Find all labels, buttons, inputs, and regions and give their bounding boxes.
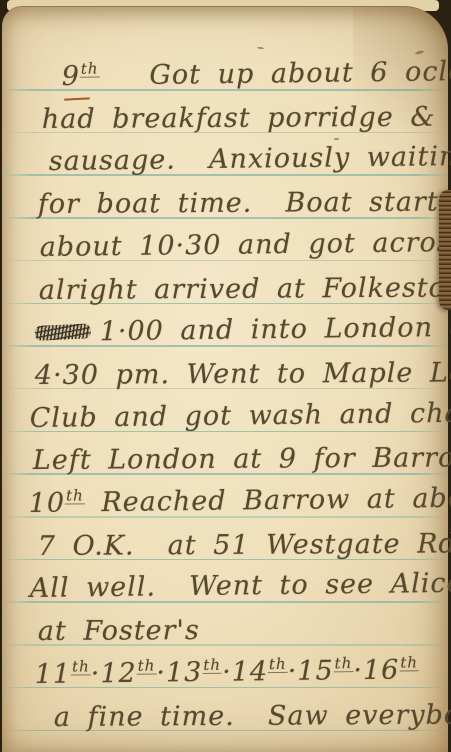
handwriting-line-7: 1·00 and into London about bbox=[34, 306, 451, 354]
handwriting-line-1: 9th Got up about 6 oclock and bbox=[61, 50, 451, 98]
handwriting-line-11: 10th Reached Barrow at about bbox=[28, 477, 451, 525]
book-page-edges bbox=[439, 190, 451, 310]
ink-speck bbox=[257, 47, 264, 50]
handwriting-line-2: had breakfast porridge & bbox=[42, 96, 436, 140]
handwriting-line-6: alright arrived at Folkestone about bbox=[39, 266, 451, 311]
handwriting-line-15: 11th·12th·13th·14th·15th·16th Having bbox=[34, 647, 451, 695]
handwriting-line-12: 7 O.K. at 51 Westgate Rd. bbox=[38, 523, 451, 568]
scribbled-out-word bbox=[34, 324, 91, 342]
handwriting-line-10: Left London at 9 for Barrow bbox=[33, 438, 451, 483]
handwriting-line-5: about 10·30 and got across bbox=[39, 222, 451, 269]
handwriting-line-3: sausage. Anxiously waiting bbox=[48, 136, 451, 183]
scanned-diary-photo: 9th Got up about 6 oclock andhad breakfa… bbox=[0, 0, 451, 752]
ink-speck bbox=[334, 138, 339, 140]
handwriting-line-14: at Foster's bbox=[38, 610, 200, 653]
handwriting-line-16: a fine time. Saw everybody bbox=[54, 694, 451, 739]
diary-page: 9th Got up about 6 oclock andhad breakfa… bbox=[2, 6, 448, 752]
handwriting-line-9: Club and got wash and change bbox=[29, 392, 451, 440]
handwriting-line-4: for boat time. Boat started bbox=[38, 181, 451, 226]
handwriting-line-8: 4·30 pm. Went to Maple Leaf bbox=[35, 352, 451, 397]
handwriting-line-13: All well. Went to see Alice bbox=[29, 563, 451, 610]
